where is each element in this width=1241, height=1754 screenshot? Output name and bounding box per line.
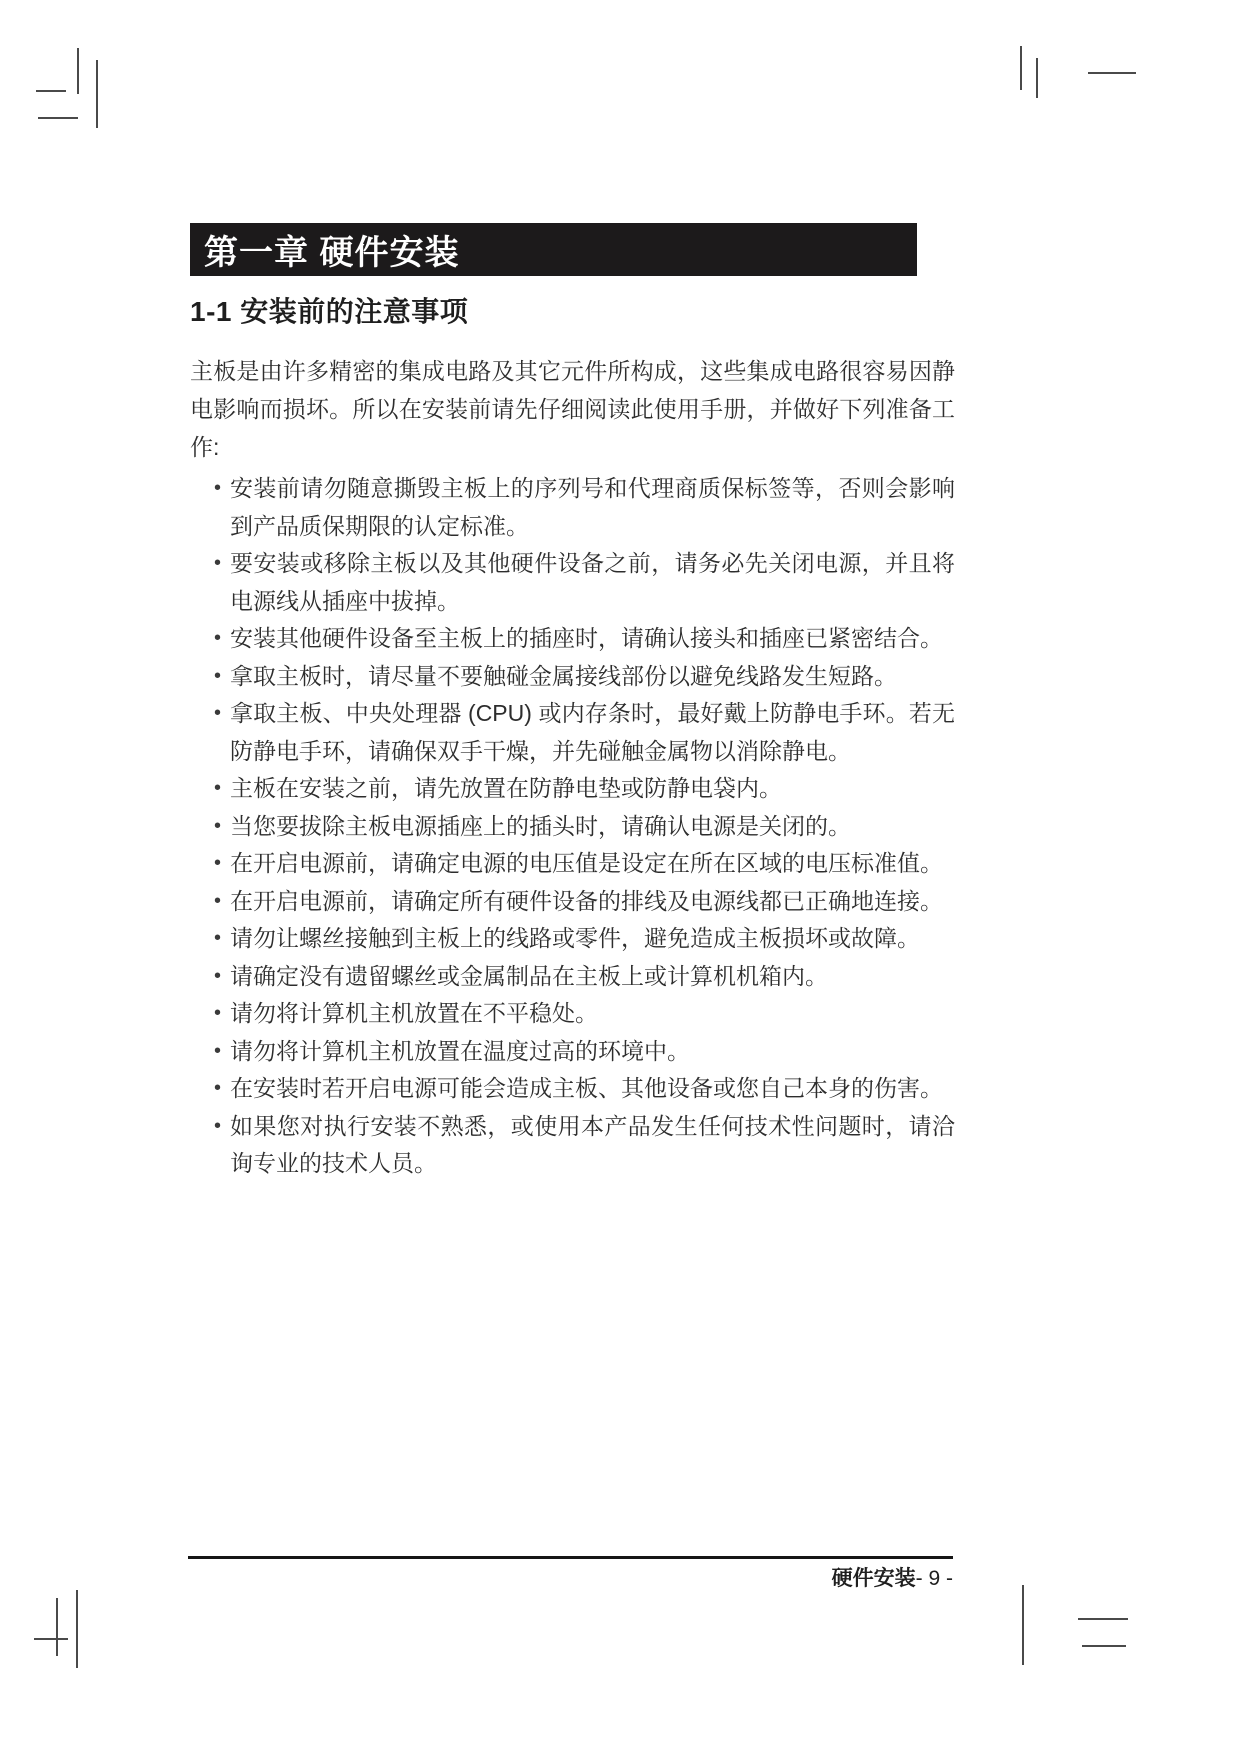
manual-page: 第一章 硬件安装 1-1 安装前的注意事项 主板是由许多精密的集成电路及其它元件… [0, 0, 1241, 1754]
list-item: 当您要拔除主板电源插座上的插头时，请确认电源是关闭的。 [190, 808, 955, 846]
footer-page-number: - 9 - [916, 1567, 953, 1590]
crop-mark [1088, 72, 1136, 74]
list-item: 在安装时若开启电源可能会造成主板、其他设备或您自己本身的伤害。 [190, 1070, 955, 1108]
crop-mark [1036, 58, 1038, 98]
list-item: 主板在安装之前，请先放置在防静电垫或防静电袋内。 [190, 770, 955, 808]
crop-mark [1020, 46, 1022, 90]
list-item: 请勿让螺丝接触到主板上的线路或零件，避免造成主板损坏或故障。 [190, 920, 955, 958]
chapter-header-bar: 第一章 硬件安装 [190, 223, 917, 276]
list-item: 请勿将计算机主机放置在温度过高的环境中。 [190, 1033, 955, 1071]
list-item: 请确定没有遗留螺丝或金属制品在主板上或计算机机箱内。 [190, 958, 955, 996]
list-item: 拿取主板时，请尽量不要触碰金属接线部份以避免线路发生短路。 [190, 658, 955, 696]
crop-mark [38, 117, 78, 119]
page-footer: 硬件安装- 9 - [188, 1556, 953, 1592]
crop-mark [76, 1590, 78, 1668]
list-item: 如果您对执行安装不熟悉，或使用本产品发生任何技术性问题时，请洽询专业的技术人员。 [190, 1108, 955, 1183]
crop-mark [1082, 1645, 1126, 1647]
section-title: 1-1 安装前的注意事项 [190, 290, 955, 330]
list-item: 在开启电源前，请确定所有硬件设备的排线及电源线都已正确地连接。 [190, 883, 955, 921]
list-item: 请勿将计算机主机放置在不平稳处。 [190, 995, 955, 1033]
list-item: 拿取主板、中央处理器 (CPU) 或内存条时，最好戴上防静电手环。若无防静电手环… [190, 695, 955, 770]
content-column: 第一章 硬件安装 1-1 安装前的注意事项 主板是由许多精密的集成电路及其它元件… [190, 223, 955, 1183]
list-item: 安装前请勿随意撕毁主板上的序列号和代理商质保标签等，否则会影响到产品质保期限的认… [190, 470, 955, 545]
intro-paragraph: 主板是由许多精密的集成电路及其它元件所构成，这些集成电路很容易因静电影响而损坏。… [190, 352, 955, 466]
crop-mark [1022, 1585, 1024, 1665]
list-item: 在开启电源前，请确定电源的电压值是设定在所在区域的电压标准值。 [190, 845, 955, 883]
footer-section-label: 硬件安装 [832, 1567, 916, 1590]
crop-mark [34, 1638, 68, 1640]
crop-mark [77, 48, 79, 94]
crop-mark [96, 60, 98, 128]
list-item: 安装其他硬件设备至主板上的插座时，请确认接头和插座已紧密结合。 [190, 620, 955, 658]
list-item: 要安装或移除主板以及其他硬件设备之前，请务必先关闭电源，并且将电源线从插座中拔掉… [190, 545, 955, 620]
precaution-list: 安装前请勿随意撕毁主板上的序列号和代理商质保标签等，否则会影响到产品质保期限的认… [190, 470, 955, 1183]
crop-mark [36, 90, 66, 92]
crop-mark [1078, 1618, 1128, 1620]
crop-mark [56, 1598, 58, 1656]
chapter-title: 第一章 硬件安装 [204, 225, 459, 274]
